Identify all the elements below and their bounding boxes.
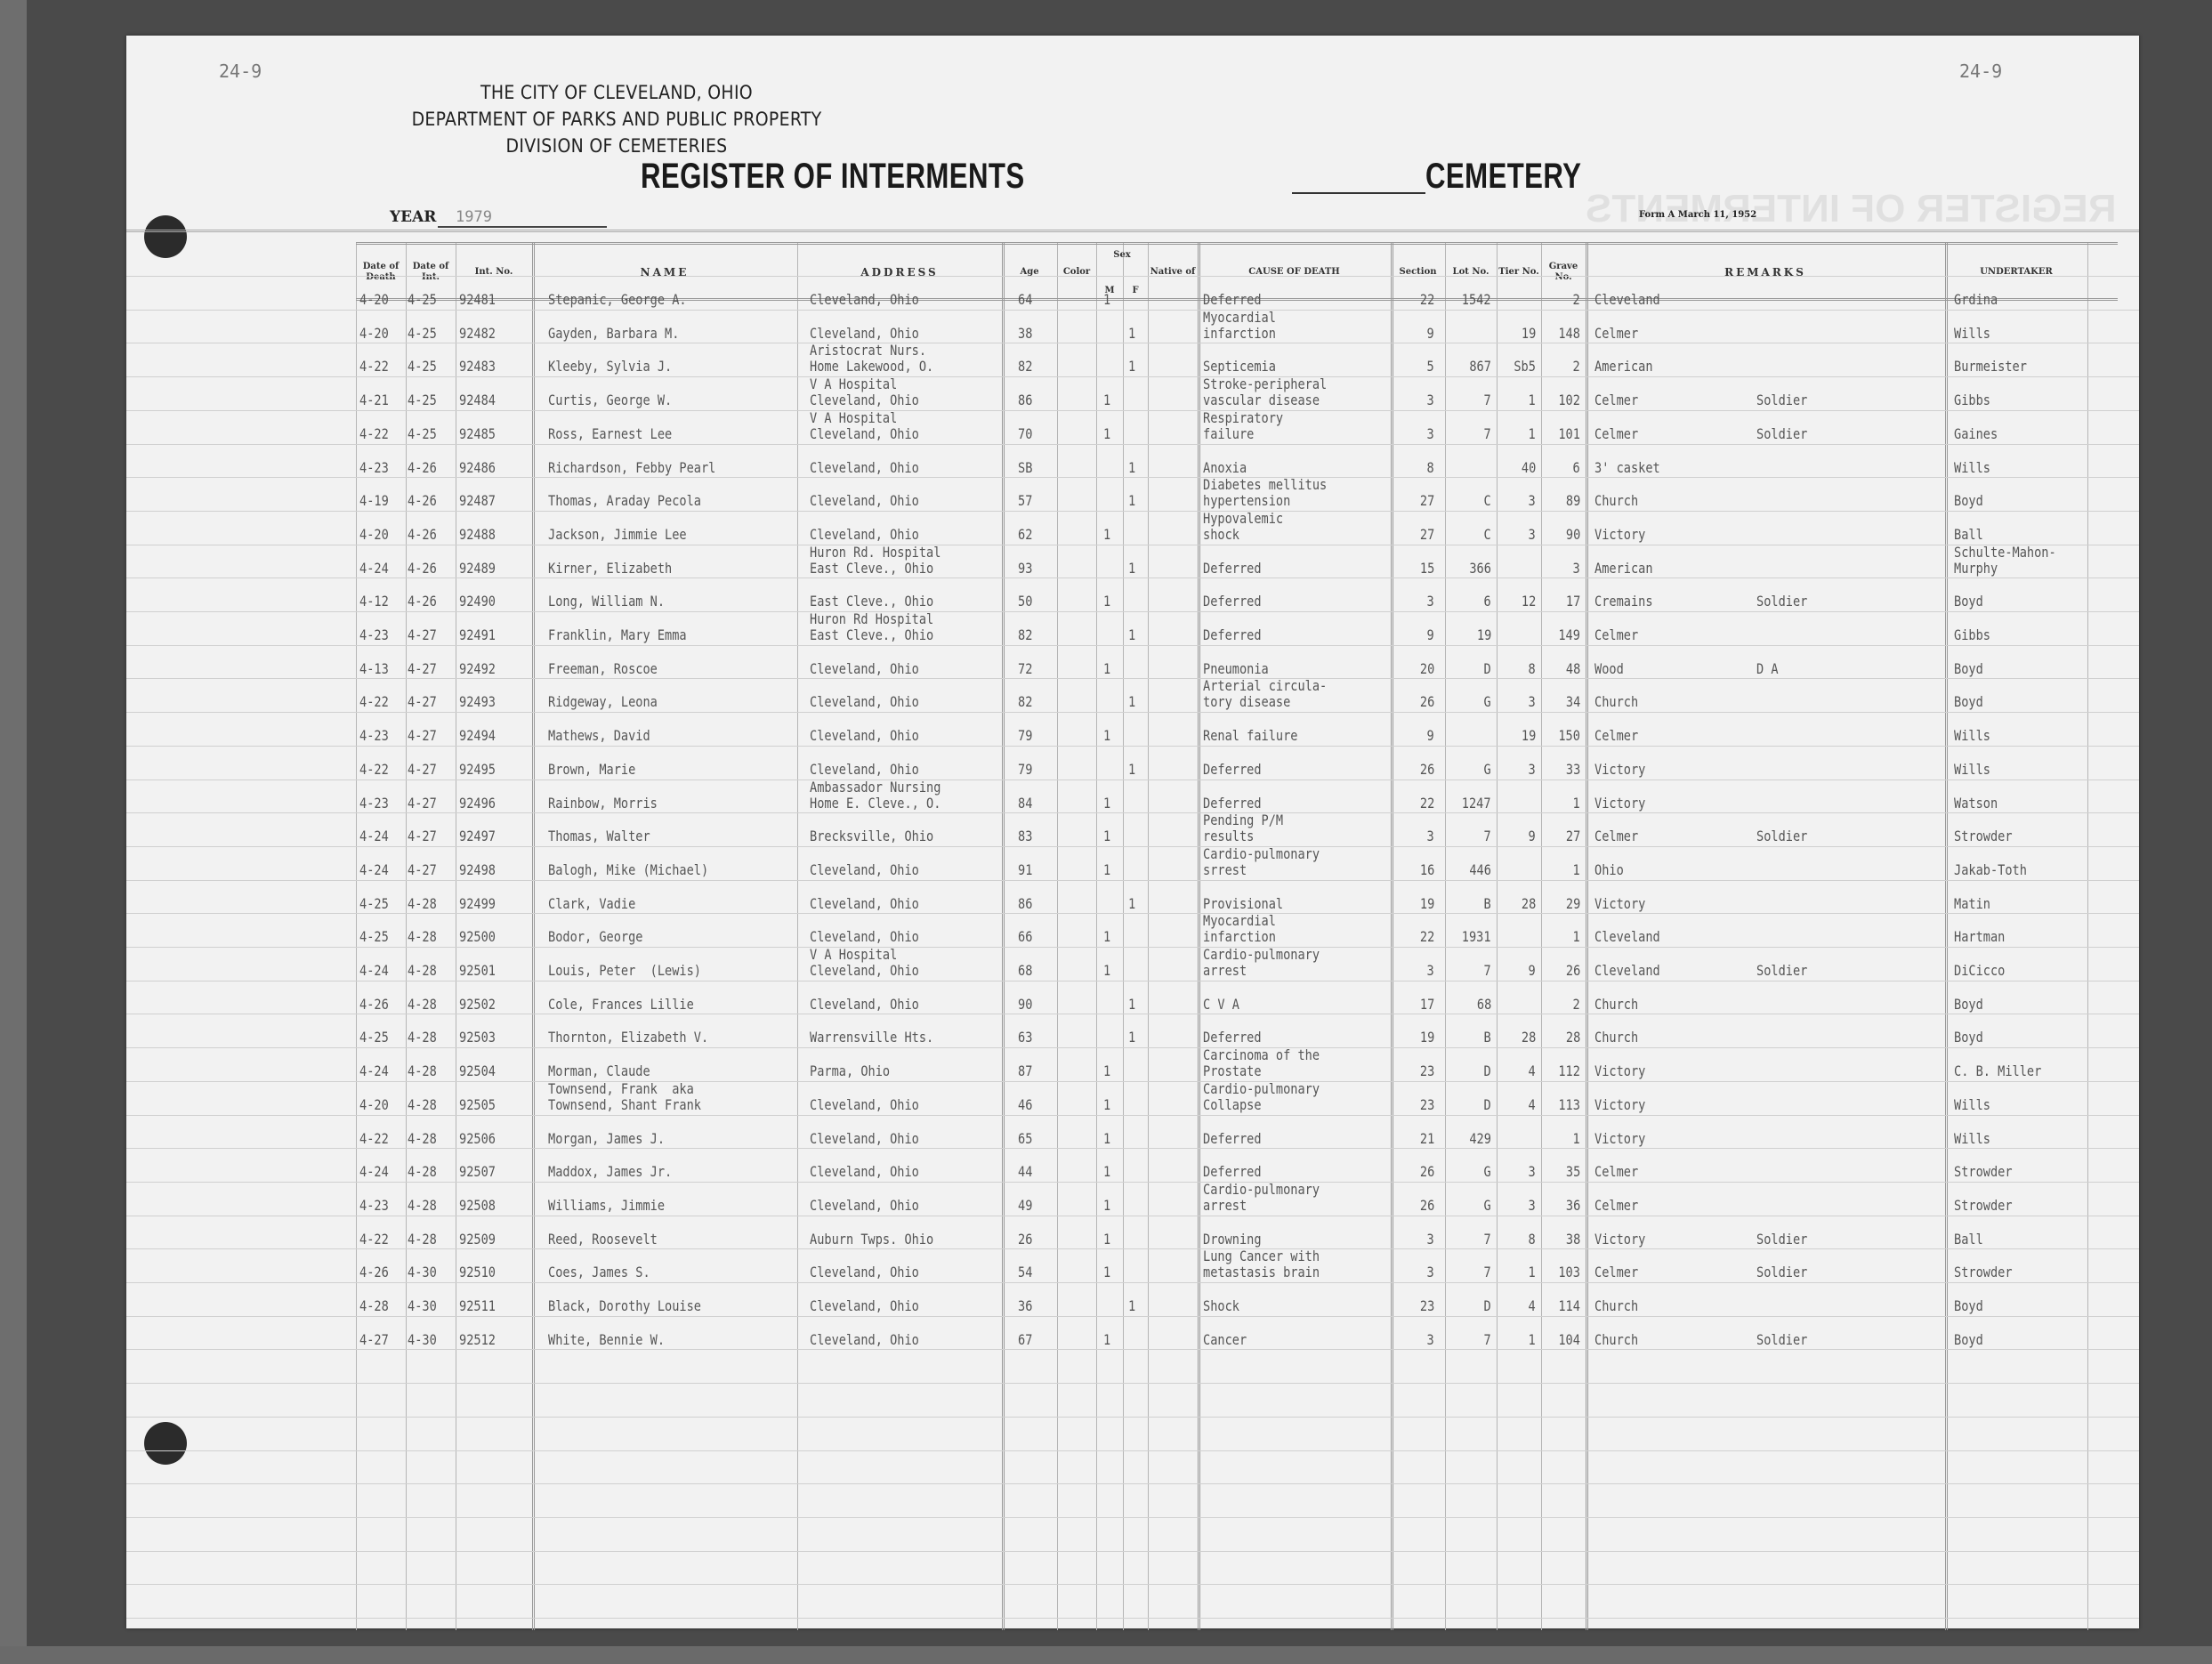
cell-cause-of-death: Cancer — [1203, 1332, 1247, 1348]
cell-date-of-int: 4-26 — [408, 594, 437, 610]
header-department: DEPARTMENT OF PARKS AND PUBLIC PROPERTY — [0, 109, 1623, 130]
cell-sex-m: 1 — [1103, 1131, 1110, 1147]
cell-remarks-cemetery: Celmer — [1594, 1198, 1638, 1214]
cell-lot-no: 7 — [1484, 963, 1491, 979]
cell-sex-m: 1 — [1103, 963, 1110, 979]
table-row[interactable]: 4-244-2792498Balogh, Mike (Michael)Cleve… — [356, 848, 2118, 881]
cell-int-no: 92492 — [459, 661, 496, 677]
cell-cause-of-death: Diabetes mellitus hypertension — [1203, 477, 1327, 509]
cell-cause-of-death: Septicemia — [1203, 359, 1276, 375]
cell-sex-f: 1 — [1128, 1298, 1135, 1314]
cell-section: 26 — [1420, 1198, 1434, 1214]
cell-grave-no: 150 — [1558, 728, 1580, 744]
cell-cause-of-death: Deferred — [1203, 1164, 1262, 1180]
cell-undertaker: Strowder — [1954, 1264, 2013, 1280]
cell-undertaker: Wills — [1954, 1097, 1990, 1113]
cell-grave-no: 33 — [1566, 762, 1580, 778]
cell-int-no: 92498 — [459, 862, 496, 878]
cell-remarks-cemetery: Victory — [1594, 1131, 1645, 1147]
cell-lot-no: 446 — [1469, 862, 1491, 878]
cell-grave-no: 6 — [1573, 460, 1580, 476]
cell-tier-no: 40 — [1522, 460, 1536, 476]
cell-section: 16 — [1420, 862, 1434, 878]
cell-cause-of-death: Cardio-pulmonary arrest — [1203, 947, 1320, 979]
cell-age: 64 — [1018, 292, 1032, 308]
cell-section: 15 — [1420, 561, 1434, 577]
cell-undertaker: Wills — [1954, 1131, 1990, 1147]
cell-undertaker: Strowder — [1954, 828, 2013, 844]
cell-lot-no: 1931 — [1462, 929, 1491, 945]
table-row[interactable]: 4-244-2792497Thomas, WalterBrecksville, … — [356, 814, 2118, 847]
cell-name: Coes, James S. — [548, 1264, 650, 1280]
cell-lot-no: 68 — [1477, 997, 1491, 1013]
cell-date-of-int: 4-30 — [408, 1332, 437, 1348]
cell-address: Cleveland, Ohio — [810, 1264, 919, 1280]
cell-undertaker: DiCicco — [1954, 963, 2005, 979]
cell-grave-no: 36 — [1566, 1198, 1580, 1214]
cell-sex-f: 1 — [1128, 1030, 1135, 1046]
cell-date-of-death: 4-24 — [359, 1063, 389, 1079]
cell-undertaker: Gibbs — [1954, 627, 1990, 643]
cell-grave-no: 1 — [1573, 1131, 1580, 1147]
cell-age: 57 — [1018, 493, 1032, 509]
cell-remarks-note: Soldier — [1756, 392, 1807, 408]
cell-remarks-cemetery: Celmer — [1594, 828, 1638, 844]
cell-lot-no: C — [1484, 527, 1491, 543]
cell-int-no: 92506 — [459, 1131, 496, 1147]
cell-remarks-cemetery: Victory — [1594, 762, 1645, 778]
cell-sex-m: 1 — [1103, 392, 1110, 408]
cell-int-no: 92481 — [459, 292, 496, 308]
table-row[interactable]: 4-234-2692486Richardson, Febby PearlClev… — [356, 446, 2118, 479]
cell-lot-no: 7 — [1484, 828, 1491, 844]
cell-date-of-int: 4-30 — [408, 1264, 437, 1280]
cell-date-of-int: 4-27 — [408, 862, 437, 878]
cell-address: Cleveland, Ohio — [810, 661, 919, 677]
cell-name: Kirner, Elizabeth — [548, 561, 672, 577]
table-row[interactable]: 4-234-2792494Mathews, DavidCleveland, Oh… — [356, 714, 2118, 747]
cell-tier-no: 19 — [1522, 728, 1536, 744]
cell-grave-no: 26 — [1566, 963, 1580, 979]
cell-address: East Cleve., Ohio — [810, 594, 933, 610]
cell-address: Brecksville, Ohio — [810, 828, 933, 844]
binder-cover-edge — [0, 0, 27, 1664]
table-row[interactable]: 4-254-2892499Clark, VadieCleveland, Ohio… — [356, 882, 2118, 915]
cell-address: Cleveland, Ohio — [810, 292, 919, 308]
header-city: THE CITY OF CLEVELAND, OHIO — [0, 82, 1623, 103]
cell-date-of-int: 4-26 — [408, 527, 437, 543]
cell-name: Clark, Vadie — [548, 896, 635, 912]
cell-age: 79 — [1018, 728, 1032, 744]
cell-tier-no: 3 — [1529, 1198, 1536, 1214]
cell-section: 9 — [1427, 728, 1434, 744]
cell-age: 70 — [1018, 426, 1032, 442]
table-row[interactable]: 4-284-3092511Black, Dorothy LouiseClevel… — [356, 1284, 2118, 1317]
cell-date-of-int: 4-27 — [408, 661, 437, 677]
cell-address: Cleveland, Ohio — [810, 1164, 919, 1180]
table-row[interactable]: 4-124-2692490Long, William N.East Cleve.… — [356, 579, 2118, 612]
cell-address: Cleveland, Ohio — [810, 1298, 919, 1314]
cell-address: V A Hospital Cleveland, Ohio — [810, 947, 919, 979]
cell-grave-no: 148 — [1558, 326, 1580, 342]
cell-age: 91 — [1018, 862, 1032, 878]
cell-grave-no: 104 — [1558, 1332, 1580, 1348]
cell-tier-no: 1 — [1529, 392, 1536, 408]
cell-tier-no: 28 — [1522, 896, 1536, 912]
cell-name: Curtis, George W. — [548, 392, 672, 408]
cell-sex-m: 1 — [1103, 1332, 1110, 1348]
table-row[interactable]: 4-274-3092512White, Bennie W.Cleveland, … — [356, 1318, 2118, 1351]
cemetery-name-field[interactable] — [1292, 192, 1425, 194]
cell-sex-m: 1 — [1103, 661, 1110, 677]
cell-section: 19 — [1420, 1030, 1434, 1046]
cell-undertaker: Wills — [1954, 460, 1990, 476]
cell-date-of-int: 4-28 — [408, 1232, 437, 1248]
cell-address: Cleveland, Ohio — [810, 694, 919, 710]
cell-name: Williams, Jimmie — [548, 1198, 665, 1214]
cell-date-of-death: 4-25 — [359, 896, 389, 912]
cell-section: 21 — [1420, 1131, 1434, 1147]
cell-date-of-death: 4-26 — [359, 1264, 389, 1280]
cell-section: 26 — [1420, 762, 1434, 778]
cell-name: Franklin, Mary Emma — [548, 627, 687, 643]
cell-name: Cole, Frances Lillie — [548, 997, 694, 1013]
cell-age: 82 — [1018, 694, 1032, 710]
cell-name: Balogh, Mike (Michael) — [548, 862, 708, 878]
cell-tier-no: 3 — [1529, 527, 1536, 543]
cell-date-of-death: 4-21 — [359, 392, 389, 408]
year-field[interactable]: 1979 — [438, 208, 607, 228]
cell-tier-no: 19 — [1522, 326, 1536, 342]
cell-section: 27 — [1420, 527, 1434, 543]
cell-date-of-death: 4-12 — [359, 594, 389, 610]
cell-tier-no: 4 — [1529, 1298, 1536, 1314]
cell-date-of-int: 4-27 — [408, 762, 437, 778]
cell-remarks-cemetery: American — [1594, 359, 1653, 375]
cell-cause-of-death: Respiratory failure — [1203, 410, 1283, 442]
cell-date-of-int: 4-28 — [408, 929, 437, 945]
cell-address: Cleveland, Ohio — [810, 929, 919, 945]
cell-cause-of-death: Deferred — [1203, 594, 1262, 610]
table-row[interactable]: 4-234-2792496Rainbow, MorrisAmbassador N… — [356, 781, 2118, 814]
cell-int-no: 92504 — [459, 1063, 496, 1079]
cell-int-no: 92511 — [459, 1298, 496, 1314]
cell-cause-of-death: Lung Cancer with metastasis brain — [1203, 1248, 1320, 1280]
cell-grave-no: 112 — [1558, 1063, 1580, 1079]
table-row[interactable]: 4-234-2792491Franklin, Mary EmmaHuron Rd… — [356, 613, 2118, 646]
cell-tier-no: 1 — [1529, 1264, 1536, 1280]
cell-lot-no: 7 — [1484, 1232, 1491, 1248]
table-row[interactable]: 4-254-2892503Thornton, Elizabeth V.Warre… — [356, 1015, 2118, 1048]
cell-cause-of-death: Deferred — [1203, 762, 1262, 778]
table-row[interactable]: 4-224-2892509Reed, RooseveltAuburn Twps.… — [356, 1217, 2118, 1250]
cell-remarks-cemetery: Victory — [1594, 1232, 1645, 1248]
cell-grave-no: 48 — [1566, 661, 1580, 677]
cell-undertaker: Boyd — [1954, 1332, 1983, 1348]
cell-date-of-death: 4-25 — [359, 929, 389, 945]
cell-address: Cleveland, Ohio — [810, 997, 919, 1013]
cell-cause-of-death: Cardio-pulmonary arrest — [1203, 1182, 1320, 1214]
cell-section: 3 — [1427, 1264, 1434, 1280]
cell-lot-no: 7 — [1484, 392, 1491, 408]
table-row[interactable]: 4-204-2692488Jackson, Jimmie LeeClevelan… — [356, 513, 2118, 545]
cell-date-of-death: 4-19 — [359, 493, 389, 509]
table-row[interactable]: 4-254-2892500Bodor, GeorgeCleveland, Ohi… — [356, 915, 2118, 948]
cell-undertaker: Strowder — [1954, 1198, 2013, 1214]
cell-date-of-int: 4-27 — [408, 694, 437, 710]
cell-lot-no: 7 — [1484, 1264, 1491, 1280]
cell-remarks-cemetery: Church — [1594, 1030, 1638, 1046]
cell-name: Rainbow, Morris — [548, 796, 658, 812]
cell-address: Cleveland, Ohio — [810, 326, 919, 342]
cell-name: Black, Dorothy Louise — [548, 1298, 701, 1314]
cell-date-of-int: 4-28 — [408, 963, 437, 979]
table-row[interactable]: 4-264-2892502Cole, Frances LillieClevela… — [356, 982, 2118, 1015]
cell-date-of-death: 4-20 — [359, 326, 389, 342]
cell-age: 65 — [1018, 1131, 1032, 1147]
cell-tier-no: 3 — [1529, 1164, 1536, 1180]
cell-int-no: 92488 — [459, 527, 496, 543]
cell-undertaker: Boyd — [1954, 594, 1983, 610]
cell-lot-no: 7 — [1484, 426, 1491, 442]
cell-int-no: 92482 — [459, 326, 496, 342]
cell-remarks-cemetery: Cleveland — [1594, 963, 1660, 979]
table-row[interactable]: 4-244-2892507Maddox, James Jr.Cleveland,… — [356, 1150, 2118, 1183]
cell-sex-f: 1 — [1128, 561, 1135, 577]
cell-age: 67 — [1018, 1332, 1032, 1348]
cell-address: Aristocrat Nurs. Home Lakewood, O. — [810, 343, 933, 375]
cell-age: 93 — [1018, 561, 1032, 577]
cell-cause-of-death: Hypovalemic shock — [1203, 511, 1283, 543]
cell-remarks-note: D A — [1756, 661, 1779, 677]
cell-date-of-int: 4-26 — [408, 493, 437, 509]
ruled-line — [126, 1483, 2139, 1484]
cell-lot-no: 429 — [1469, 1131, 1491, 1147]
cell-sex-f: 1 — [1128, 326, 1135, 342]
cell-section: 22 — [1420, 292, 1434, 308]
cell-cause-of-death: Deferred — [1203, 292, 1262, 308]
cell-remarks-cemetery: Celmer — [1594, 728, 1638, 744]
cell-undertaker: Grdina — [1954, 292, 1998, 308]
cell-grave-no: 27 — [1566, 828, 1580, 844]
cell-int-no: 92489 — [459, 561, 496, 577]
table-row[interactable]: 4-204-2592481Stepanic, George A.Clevelan… — [356, 278, 2118, 311]
cell-name: Louis, Peter (Lewis) — [548, 963, 701, 979]
cell-grave-no: 90 — [1566, 527, 1580, 543]
register-page: 24-9 24-9 REGISTER OF INTERMENTS THE CIT… — [126, 36, 2139, 1628]
cell-int-no: 92501 — [459, 963, 496, 979]
cell-name: Reed, Roosevelt — [548, 1232, 658, 1248]
cell-remarks-cemetery: 3' casket — [1594, 460, 1660, 476]
cell-date-of-int: 4-28 — [408, 1131, 437, 1147]
cell-section: 3 — [1427, 426, 1434, 442]
cell-undertaker: Schulte-Mahon- Murphy — [1954, 545, 2056, 577]
cell-sex-m: 1 — [1103, 1198, 1110, 1214]
cell-date-of-death: 4-22 — [359, 359, 389, 375]
cell-date-of-int: 4-25 — [408, 426, 437, 442]
cell-address: Huron Rd. Hospital East Cleve., Ohio — [810, 545, 941, 577]
cell-undertaker: Boyd — [1954, 694, 1983, 710]
cell-int-no: 92483 — [459, 359, 496, 375]
cell-cause-of-death: Stroke-peripheral vascular disease — [1203, 376, 1327, 408]
cell-cause-of-death: Arterial circula- tory disease — [1203, 678, 1327, 710]
ruled-line — [126, 1517, 2139, 1518]
cell-address: Warrensville Hts. — [810, 1030, 933, 1046]
table-row[interactable]: 4-264-3092510Coes, James S.Cleveland, Oh… — [356, 1250, 2118, 1283]
cell-cause-of-death: Drowning — [1203, 1232, 1262, 1248]
cell-date-of-death: 4-24 — [359, 828, 389, 844]
cell-section: 3 — [1427, 392, 1434, 408]
cell-grave-no: 1 — [1573, 796, 1580, 812]
cell-lot-no: 867 — [1469, 359, 1491, 375]
cell-int-no: 92502 — [459, 997, 496, 1013]
cell-age: 50 — [1018, 594, 1032, 610]
cell-lot-no: D — [1484, 1298, 1491, 1314]
cell-address: Auburn Twps. Ohio — [810, 1232, 933, 1248]
cell-remarks-cemetery: Church — [1594, 493, 1638, 509]
cell-lot-no: G — [1484, 762, 1491, 778]
table-row[interactable]: 4-204-2892505Townsend, Frank aka Townsen… — [356, 1083, 2118, 1116]
ruled-line — [126, 1551, 2139, 1552]
table-row[interactable]: 4-214-2592484Curtis, George W.V A Hospit… — [356, 378, 2118, 411]
table-row[interactable]: 4-224-2792495Brown, MarieCleveland, Ohio… — [356, 747, 2118, 780]
cell-lot-no: 6 — [1484, 594, 1491, 610]
ruled-line — [126, 1450, 2139, 1451]
cell-name: Mathews, David — [548, 728, 650, 744]
table-row[interactable]: 4-194-2692487Thomas, Araday PecolaClevel… — [356, 479, 2118, 512]
cell-section: 8 — [1427, 460, 1434, 476]
cell-date-of-int: 4-28 — [408, 997, 437, 1013]
cell-date-of-death: 4-23 — [359, 460, 389, 476]
cell-date-of-death: 4-13 — [359, 661, 389, 677]
cell-name: Morgan, James J. — [548, 1131, 665, 1147]
cell-tier-no: 12 — [1522, 594, 1536, 610]
cell-section: 27 — [1420, 493, 1434, 509]
cell-date-of-int: 4-25 — [408, 359, 437, 375]
cell-grave-no: 103 — [1558, 1264, 1580, 1280]
cell-date-of-death: 4-24 — [359, 1164, 389, 1180]
table-row[interactable]: 4-224-2892506Morgan, James J.Cleveland, … — [356, 1117, 2118, 1150]
cell-cause-of-death: Shock — [1203, 1298, 1239, 1314]
table-row[interactable]: 4-224-2592485Ross, Earnest LeeV A Hospit… — [356, 412, 2118, 445]
cell-age: 86 — [1018, 896, 1032, 912]
cell-address: Cleveland, Ohio — [810, 728, 919, 744]
cell-date-of-death: 4-23 — [359, 796, 389, 812]
cell-section: 20 — [1420, 661, 1434, 677]
cell-date-of-death: 4-20 — [359, 1097, 389, 1113]
cell-tier-no: 3 — [1529, 762, 1536, 778]
cell-date-of-int: 4-27 — [408, 828, 437, 844]
cell-sex-m: 1 — [1103, 426, 1110, 442]
cell-int-no: 92484 — [459, 392, 496, 408]
cell-tier-no: Sb5 — [1514, 359, 1536, 375]
header-rule — [126, 230, 2139, 232]
cell-cause-of-death: Deferred — [1203, 627, 1262, 643]
cell-section: 9 — [1427, 326, 1434, 342]
cell-sex-m: 1 — [1103, 594, 1110, 610]
cell-undertaker: Wills — [1954, 728, 1990, 744]
cell-date-of-death: 4-25 — [359, 1030, 389, 1046]
cell-address: Huron Rd Hospital East Cleve., Ohio — [810, 611, 933, 643]
ruled-line — [126, 1584, 2139, 1585]
cell-remarks-cemetery: Celmer — [1594, 326, 1638, 342]
cell-address: Cleveland, Ohio — [810, 1131, 919, 1147]
cell-tier-no: 4 — [1529, 1063, 1536, 1079]
cell-cause-of-death: Pneumonia — [1203, 661, 1269, 677]
cell-int-no: 92494 — [459, 728, 496, 744]
cell-date-of-death: 4-24 — [359, 963, 389, 979]
page-number-left: 24-9 — [219, 61, 262, 82]
cell-int-no: 92509 — [459, 1232, 496, 1248]
binder-cover-bottom — [0, 1646, 2212, 1664]
cell-age: 38 — [1018, 326, 1032, 342]
table-row[interactable]: 4-244-2692489Kirner, ElizabethHuron Rd. … — [356, 546, 2118, 579]
cell-section: 3 — [1427, 594, 1434, 610]
cell-date-of-death: 4-24 — [359, 862, 389, 878]
cell-remarks-cemetery: Church — [1594, 1298, 1638, 1314]
cell-name: Morman, Claude — [548, 1063, 650, 1079]
cell-date-of-death: 4-28 — [359, 1298, 389, 1314]
cell-sex-f: 1 — [1128, 896, 1135, 912]
ruled-line — [126, 276, 2139, 277]
cell-grave-no: 34 — [1566, 694, 1580, 710]
cell-date-of-death: 4-23 — [359, 728, 389, 744]
cell-tier-no: 3 — [1529, 694, 1536, 710]
cell-name: Gayden, Barbara M. — [548, 326, 679, 342]
cell-lot-no: 19 — [1477, 627, 1491, 643]
cell-remarks-cemetery: Cremains — [1594, 594, 1653, 610]
table-row[interactable]: 4-224-2592483Kleeby, Sylvia J.Aristocrat… — [356, 344, 2118, 377]
cell-tier-no: 1 — [1529, 426, 1536, 442]
cell-age: SB — [1018, 460, 1032, 476]
cell-grave-no: 28 — [1566, 1030, 1580, 1046]
cell-remarks-cemetery: Victory — [1594, 896, 1645, 912]
cell-int-no: 92487 — [459, 493, 496, 509]
table-row[interactable]: 4-244-2892504Morman, ClaudeParma, Ohio87… — [356, 1049, 2118, 1082]
cell-name: Ross, Earnest Lee — [548, 426, 672, 442]
table-row[interactable]: 4-224-2792493Ridgeway, LeonaCleveland, O… — [356, 680, 2118, 713]
cell-remarks-note: Soldier — [1756, 963, 1807, 979]
cell-name: Long, William N. — [548, 594, 665, 610]
cell-remarks-note: Soldier — [1756, 426, 1807, 442]
cell-sex-m: 1 — [1103, 1097, 1110, 1113]
table-row[interactable]: 4-134-2792492Freeman, RoscoeCleveland, O… — [356, 647, 2118, 680]
cell-date-of-int: 4-28 — [408, 1164, 437, 1180]
cell-int-no: 92503 — [459, 1030, 496, 1046]
year-label: YEAR — [390, 208, 436, 226]
binder-ring-hole-bottom — [144, 1422, 187, 1465]
cell-grave-no: 38 — [1566, 1232, 1580, 1248]
cell-tier-no: 8 — [1529, 1232, 1536, 1248]
cell-address: Cleveland, Ohio — [810, 493, 919, 509]
cell-int-no: 92512 — [459, 1332, 496, 1348]
cell-grave-no: 29 — [1566, 896, 1580, 912]
cell-remarks-cemetery: Cleveland — [1594, 929, 1660, 945]
table-row[interactable]: 4-244-2892501Louis, Peter (Lewis)V A Hos… — [356, 949, 2118, 981]
cell-date-of-death: 4-22 — [359, 694, 389, 710]
form-note: Form A March 11, 1952 — [1639, 210, 1756, 220]
cell-undertaker: Boyd — [1954, 493, 1983, 509]
table-row[interactable]: 4-204-2592482Gayden, Barbara M.Cleveland… — [356, 311, 2118, 344]
cell-age: 82 — [1018, 627, 1032, 643]
cell-remarks-cemetery: Church — [1594, 997, 1638, 1013]
cell-sex-m: 1 — [1103, 527, 1110, 543]
cell-int-no: 92490 — [459, 594, 496, 610]
cell-remarks-note: Soldier — [1756, 1332, 1807, 1348]
cell-date-of-int: 4-28 — [408, 1063, 437, 1079]
page-number-right: 24-9 — [1959, 61, 2002, 82]
table-row[interactable]: 4-234-2892508Williams, JimmieCleveland, … — [356, 1183, 2118, 1216]
